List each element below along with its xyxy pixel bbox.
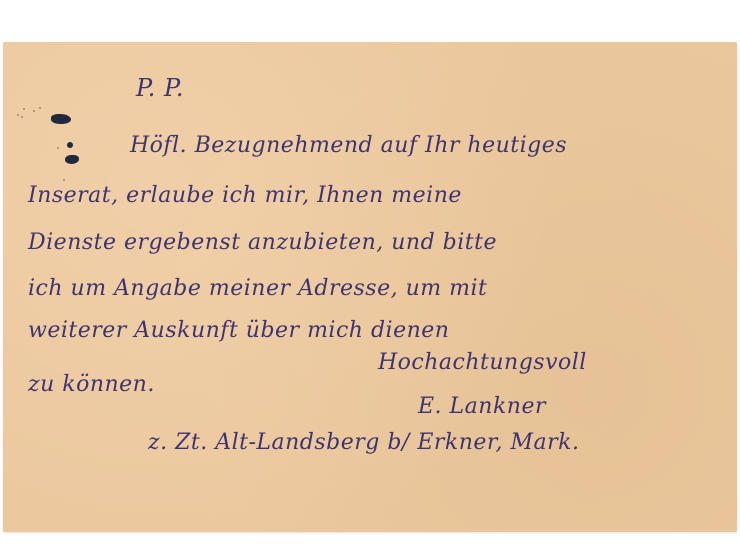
body-line-4: ich um Angabe meiner Adresse, um mit <box>28 276 487 301</box>
ink-smudge <box>67 142 73 148</box>
ink-speck <box>63 179 65 181</box>
sender-address: z. Zt. Alt-Landsberg b/ Erkner, Mark. <box>148 430 580 455</box>
body-line-3: Dienste ergebenst anzubieten, und bitte <box>28 230 497 255</box>
ink-speck <box>39 107 41 109</box>
body-line-6: zu können. <box>28 372 155 397</box>
body-line-1: Höfl. Bezugnehmend auf Ihr heutiges <box>130 133 567 158</box>
signature: E. Lankner <box>418 394 546 419</box>
page: P. P. Höfl. Bezugnehmend auf Ihr heutige… <box>0 0 740 557</box>
ink-speck <box>23 108 25 110</box>
ink-speck <box>33 110 35 112</box>
ink-smudge <box>65 155 79 164</box>
closing: Hochachtungsvoll <box>378 350 587 375</box>
body-line-5: weiterer Auskunft über mich dienen <box>28 318 449 343</box>
ink-speck <box>57 147 59 149</box>
ink-smudge <box>51 114 71 124</box>
greeting: P. P. <box>136 74 184 102</box>
ink-speck <box>21 116 23 118</box>
body-line-2: Inserat, erlaube ich mir, Ihnen meine <box>28 183 462 208</box>
ink-speck <box>17 114 19 116</box>
